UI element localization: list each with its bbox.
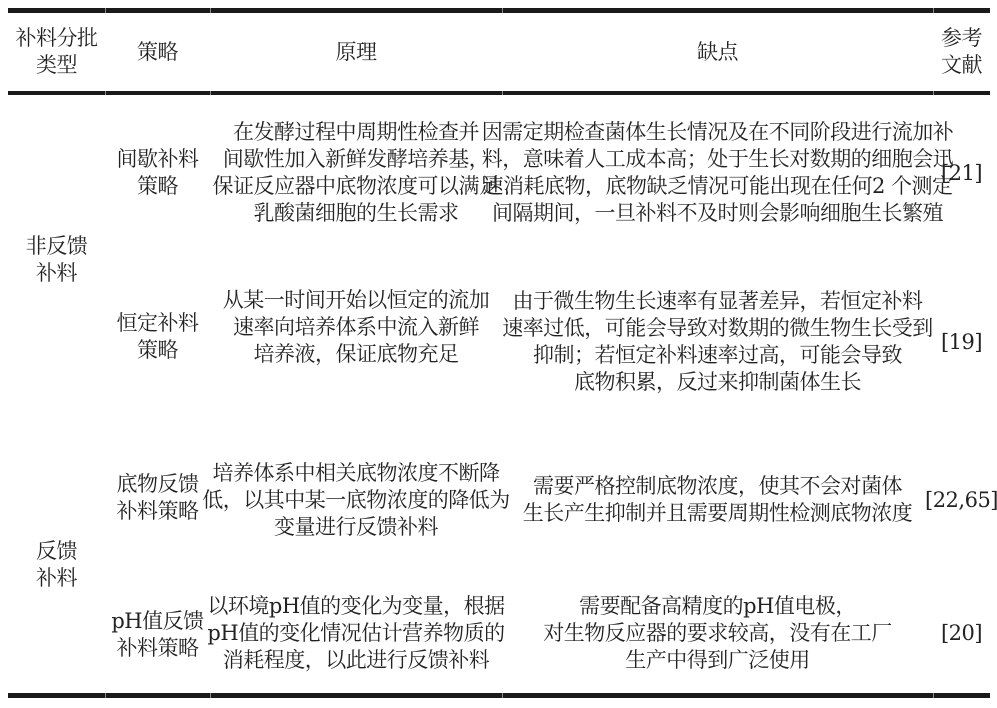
table-row-2-drawbacks: 由于微生物生长速率有显著差异，若恒定补料 速率过低，可能会导致对数期的微生物生长… — [502, 277, 933, 407]
table-row-3-reference: [22,65] — [933, 450, 990, 550]
group-type-line: 补料 — [36, 565, 77, 592]
header-reference-line: 文献 — [941, 52, 982, 79]
strategy-line: 策略 — [137, 337, 178, 364]
drawback-line: 间隔期间，一旦补料不及时则会影响细胞生长繁殖 — [492, 200, 943, 227]
table-row-1-drawbacks: 因需定期检查菌体生长情况及在不同阶段进行流加补 料，意味着人工成本高；处于生长对… — [502, 108, 933, 238]
table-row-2-reference: [19] — [933, 277, 990, 407]
principle-line: pH值的变化情况估计营养物质的 — [207, 620, 504, 647]
table-row-4-reference: [20] — [933, 578, 990, 688]
drawback-line: 速率过低，可能会导致对数期的微生物生长受到 — [502, 315, 933, 342]
drawback-line: 速消耗底物，底物缺乏情况可能出现在任何2 个测定 — [482, 173, 952, 200]
feeding-strategy-table: 补料分批 类型 策略 原理 缺点 参考 文献 非反馈 补料 间歇补料 策略 在发… — [8, 0, 990, 708]
group-type-line: 非反馈 — [26, 233, 88, 260]
principle-line: 间歇性加入新鲜发酵培养基， — [223, 146, 490, 173]
table-row-2-principle: 从某一时间开始以恒定的流加 速率向培养体系中流入新鲜 培养液，保证底物充足 — [210, 272, 502, 382]
table-row-4-drawbacks: 需要配备高精度的pH值电极， 对生物反应器的要求较高，没有在工厂 生产中得到广泛… — [502, 578, 933, 688]
header-type-line: 类型 — [36, 52, 77, 79]
header-reference: 参考 文献 — [933, 13, 990, 91]
principle-line: 以环境pH值的变化为变量，根据 — [207, 593, 504, 620]
drawback-line: 底物积累，反过来抑制菌体生长 — [574, 369, 861, 396]
strategy-line: pH值反馈 — [111, 608, 203, 635]
header-type-line: 补料分批 — [16, 25, 98, 52]
table-row-3-strategy: 底物反馈 补料策略 — [105, 448, 210, 548]
principle-line: 培养液，保证底物充足 — [254, 341, 459, 368]
group-type-non-feedback: 非反馈 补料 — [8, 200, 105, 320]
header-principle-label: 原理 — [336, 39, 377, 66]
strategy-line: 底物反馈 — [117, 471, 199, 498]
strategy-line: 间歇补料 — [117, 146, 199, 173]
header-strategy: 策略 — [105, 13, 210, 91]
drawback-line: 需要严格控制底物浓度，使其不会对菌体 — [533, 473, 902, 500]
principle-line: 培养体系中相关底物浓度不断降 — [213, 460, 500, 487]
table-row-4-strategy: pH值反馈 补料策略 — [105, 580, 210, 690]
header-strategy-label: 策略 — [137, 39, 178, 66]
drawback-line: 由于微生物生长速率有显著差异，若恒定补料 — [513, 288, 923, 315]
group-type-feedback: 反馈 补料 — [8, 505, 105, 625]
header-type: 补料分批 类型 — [8, 13, 105, 91]
table-row-1-reference: [21] — [933, 108, 990, 238]
strategy-line: 恒定补料 — [117, 310, 199, 337]
table-bottom-rule — [8, 693, 990, 698]
table-row-1-principle: 在发酵过程中周期性检查并 间歇性加入新鲜发酵培养基， 保证反应器中底物浓度可以满… — [210, 108, 502, 238]
drawback-line: 因需定期检查菌体生长情况及在不同阶段进行流加补 — [482, 119, 954, 146]
group-type-line: 反馈 — [36, 538, 77, 565]
group-type-line: 补料 — [36, 260, 77, 287]
principle-line: 消耗程度，以此进行反馈补料 — [223, 647, 490, 674]
principle-line: 从某一时间开始以恒定的流加 — [223, 287, 490, 314]
drawback-line: 对生物反应器的要求较高，没有在工厂 — [543, 620, 892, 647]
table-header-rule — [8, 91, 990, 95]
strategy-line: 策略 — [137, 173, 178, 200]
header-drawbacks: 缺点 — [502, 13, 933, 91]
header-principle: 原理 — [210, 13, 502, 91]
strategy-line: 补料策略 — [116, 635, 198, 662]
drawback-line: 生产中得到广泛使用 — [625, 647, 810, 674]
table-row-3-principle: 培养体系中相关底物浓度不断降 低，以其中某一底物浓度的降低为 变量进行反馈补料 — [210, 450, 502, 550]
principle-line: 低，以其中某一底物浓度的降低为 — [202, 487, 510, 514]
principle-line: 在发酵过程中周期性检查并 — [233, 119, 479, 146]
table-row-1-strategy: 间歇补料 策略 — [105, 108, 210, 238]
principle-line: 变量进行反馈补料 — [274, 514, 438, 541]
drawback-line: 需要配备高精度的pH值电极， — [579, 593, 856, 620]
principle-line: 速率向培养体系中流入新鲜 — [233, 314, 479, 341]
table-row-2-strategy: 恒定补料 策略 — [105, 272, 210, 402]
strategy-line: 补料策略 — [117, 498, 199, 525]
drawback-line: 生长产生抑制并且需要周期性检测底物浓度 — [523, 500, 913, 527]
principle-line: 乳酸菌细胞的生长需求 — [254, 200, 459, 227]
drawback-line: 料，意味着人工成本高；处于生长对数期的细胞会迅 — [482, 146, 954, 173]
table-row-3-drawbacks: 需要严格控制底物浓度，使其不会对菌体 生长产生抑制并且需要周期性检测底物浓度 — [502, 450, 933, 550]
principle-line: 保证反应器中底物浓度可以满足 — [213, 173, 500, 200]
header-drawbacks-label: 缺点 — [697, 39, 738, 66]
header-reference-line: 参考 — [941, 25, 982, 52]
table-row-4-principle: 以环境pH值的变化为变量，根据 pH值的变化情况估计营养物质的 消耗程度，以此进… — [210, 578, 502, 688]
drawback-line: 抑制；若恒定补料速率过高，可能会导致 — [533, 342, 902, 369]
